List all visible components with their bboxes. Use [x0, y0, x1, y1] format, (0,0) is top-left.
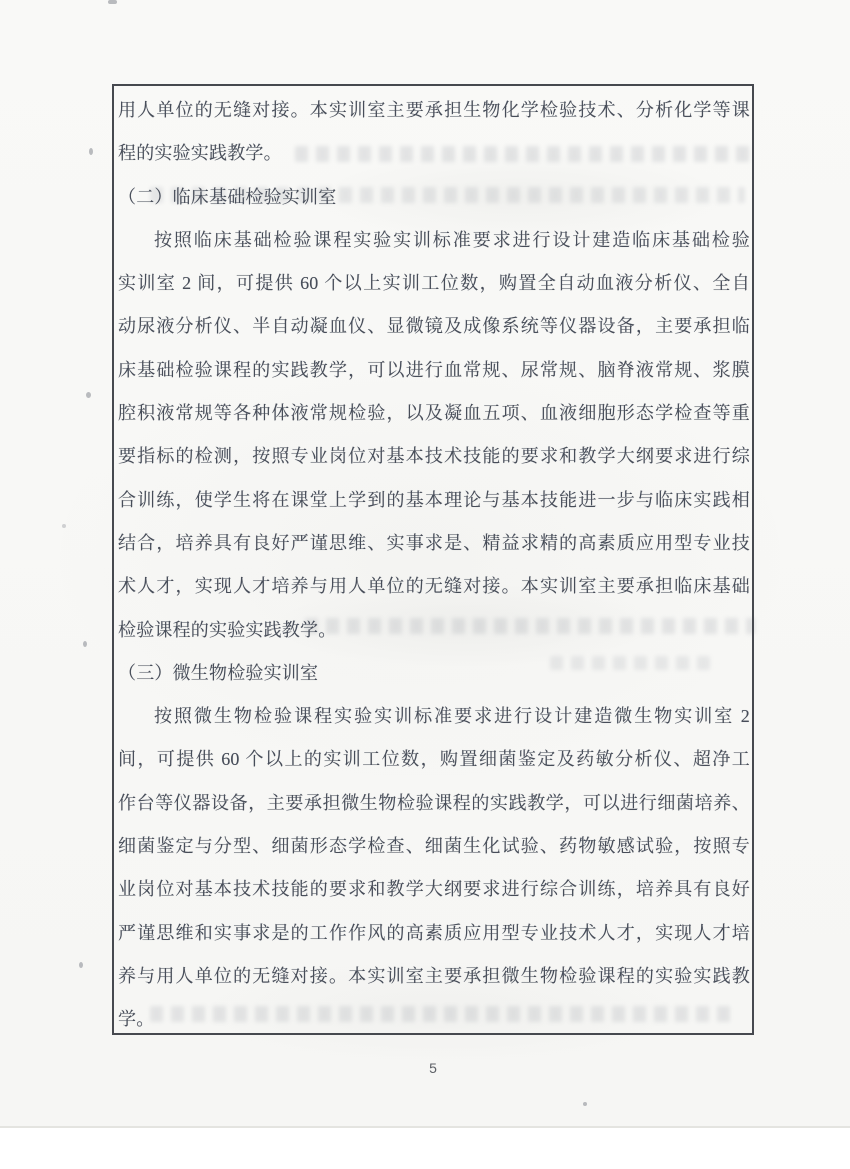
document-line: 结合，培养具有良好严谨思维、实事求是、精益求精的高素质应用型专业技: [118, 522, 750, 565]
scan-speck: [583, 1102, 587, 1106]
page-number: 5: [112, 1060, 754, 1076]
document-line: 间，可提供 60 个以上的实训工位数，购置细菌鉴定及药敏分析仪、超净工: [118, 738, 750, 781]
document-line: 床基础检验课程的实践教学，可以进行血常规、尿常规、脑脊液常规、浆膜: [118, 349, 750, 392]
scanned-document-page: 用人单位的无缝对接。本实训室主要承担生物化学检验技术、分析化学等课程的实验实践教…: [0, 0, 850, 1169]
document-line: 检验课程的实验实践教学。: [118, 609, 750, 652]
document-line: 动尿液分析仪、半自动凝血仪、显微镜及成像系统等仪器设备，主要承担临: [118, 305, 750, 348]
document-line: 作台等仪器设备，主要承担微生物检验课程的实践教学，可以进行细菌培养、: [118, 782, 750, 825]
document-line: 合训练，使学生将在课堂上学到的基本理论与基本技能进一步与临床实践相: [118, 479, 750, 522]
document-line: 养与用人单位的无缝对接。本实训室主要承担微生物检验课程的实验实践教: [118, 955, 750, 998]
document-line: 细菌鉴定与分型、细菌形态学检查、细菌生化试验、药物敏感试验，按照专: [118, 825, 750, 868]
scan-speck: [108, 0, 117, 4]
paper-background: 用人单位的无缝对接。本实训室主要承担生物化学检验技术、分析化学等课程的实验实践教…: [0, 0, 850, 1128]
document-line: 学。: [118, 998, 750, 1035]
document-line: 要指标的检测，按照专业岗位对基本技术技能的要求和教学大纲要求进行综: [118, 435, 750, 478]
table-cell: 用人单位的无缝对接。本实训室主要承担生物化学检验技术、分析化学等课程的实验实践教…: [112, 84, 754, 1035]
scan-speck: [79, 962, 83, 968]
document-line: 术人才，实现人才培养与用人单位的无缝对接。本实训室主要承担临床基础: [118, 565, 750, 608]
scan-speck: [83, 641, 87, 647]
scan-speck: [86, 392, 91, 398]
document-line: （二）临床基础检验实训室: [118, 176, 750, 219]
document-line: 按照临床基础检验课程实验实训标准要求进行设计建造临床基础检验: [118, 219, 750, 262]
scan-speck: [62, 524, 66, 528]
scan-speck: [89, 148, 93, 155]
document-line: 按照微生物检验课程实验实训标准要求进行设计建造微生物实训室 2: [118, 695, 750, 738]
document-line: 程的实验实践教学。: [118, 132, 750, 175]
document-line: 严谨思维和实事求是的工作作风的高素质应用型专业技术人才，实现人才培: [118, 912, 750, 955]
document-line: 业岗位对基本技术技能的要求和教学大纲要求进行综合训练，培养具有良好: [118, 868, 750, 911]
document-line: 用人单位的无缝对接。本实训室主要承担生物化学检验技术、分析化学等课: [118, 89, 750, 132]
document-text: 用人单位的无缝对接。本实训室主要承担生物化学检验技术、分析化学等课程的实验实践教…: [118, 89, 750, 1035]
document-line: （三）微生物检验实训室: [118, 652, 750, 695]
document-line: 腔积液常规等各种体液常规检验，以及凝血五项、血液细胞形态学检查等重: [118, 392, 750, 435]
document-line: 实训室 2 间，可提供 60 个以上实训工位数，购置全自动血液分析仪、全自: [118, 262, 750, 305]
